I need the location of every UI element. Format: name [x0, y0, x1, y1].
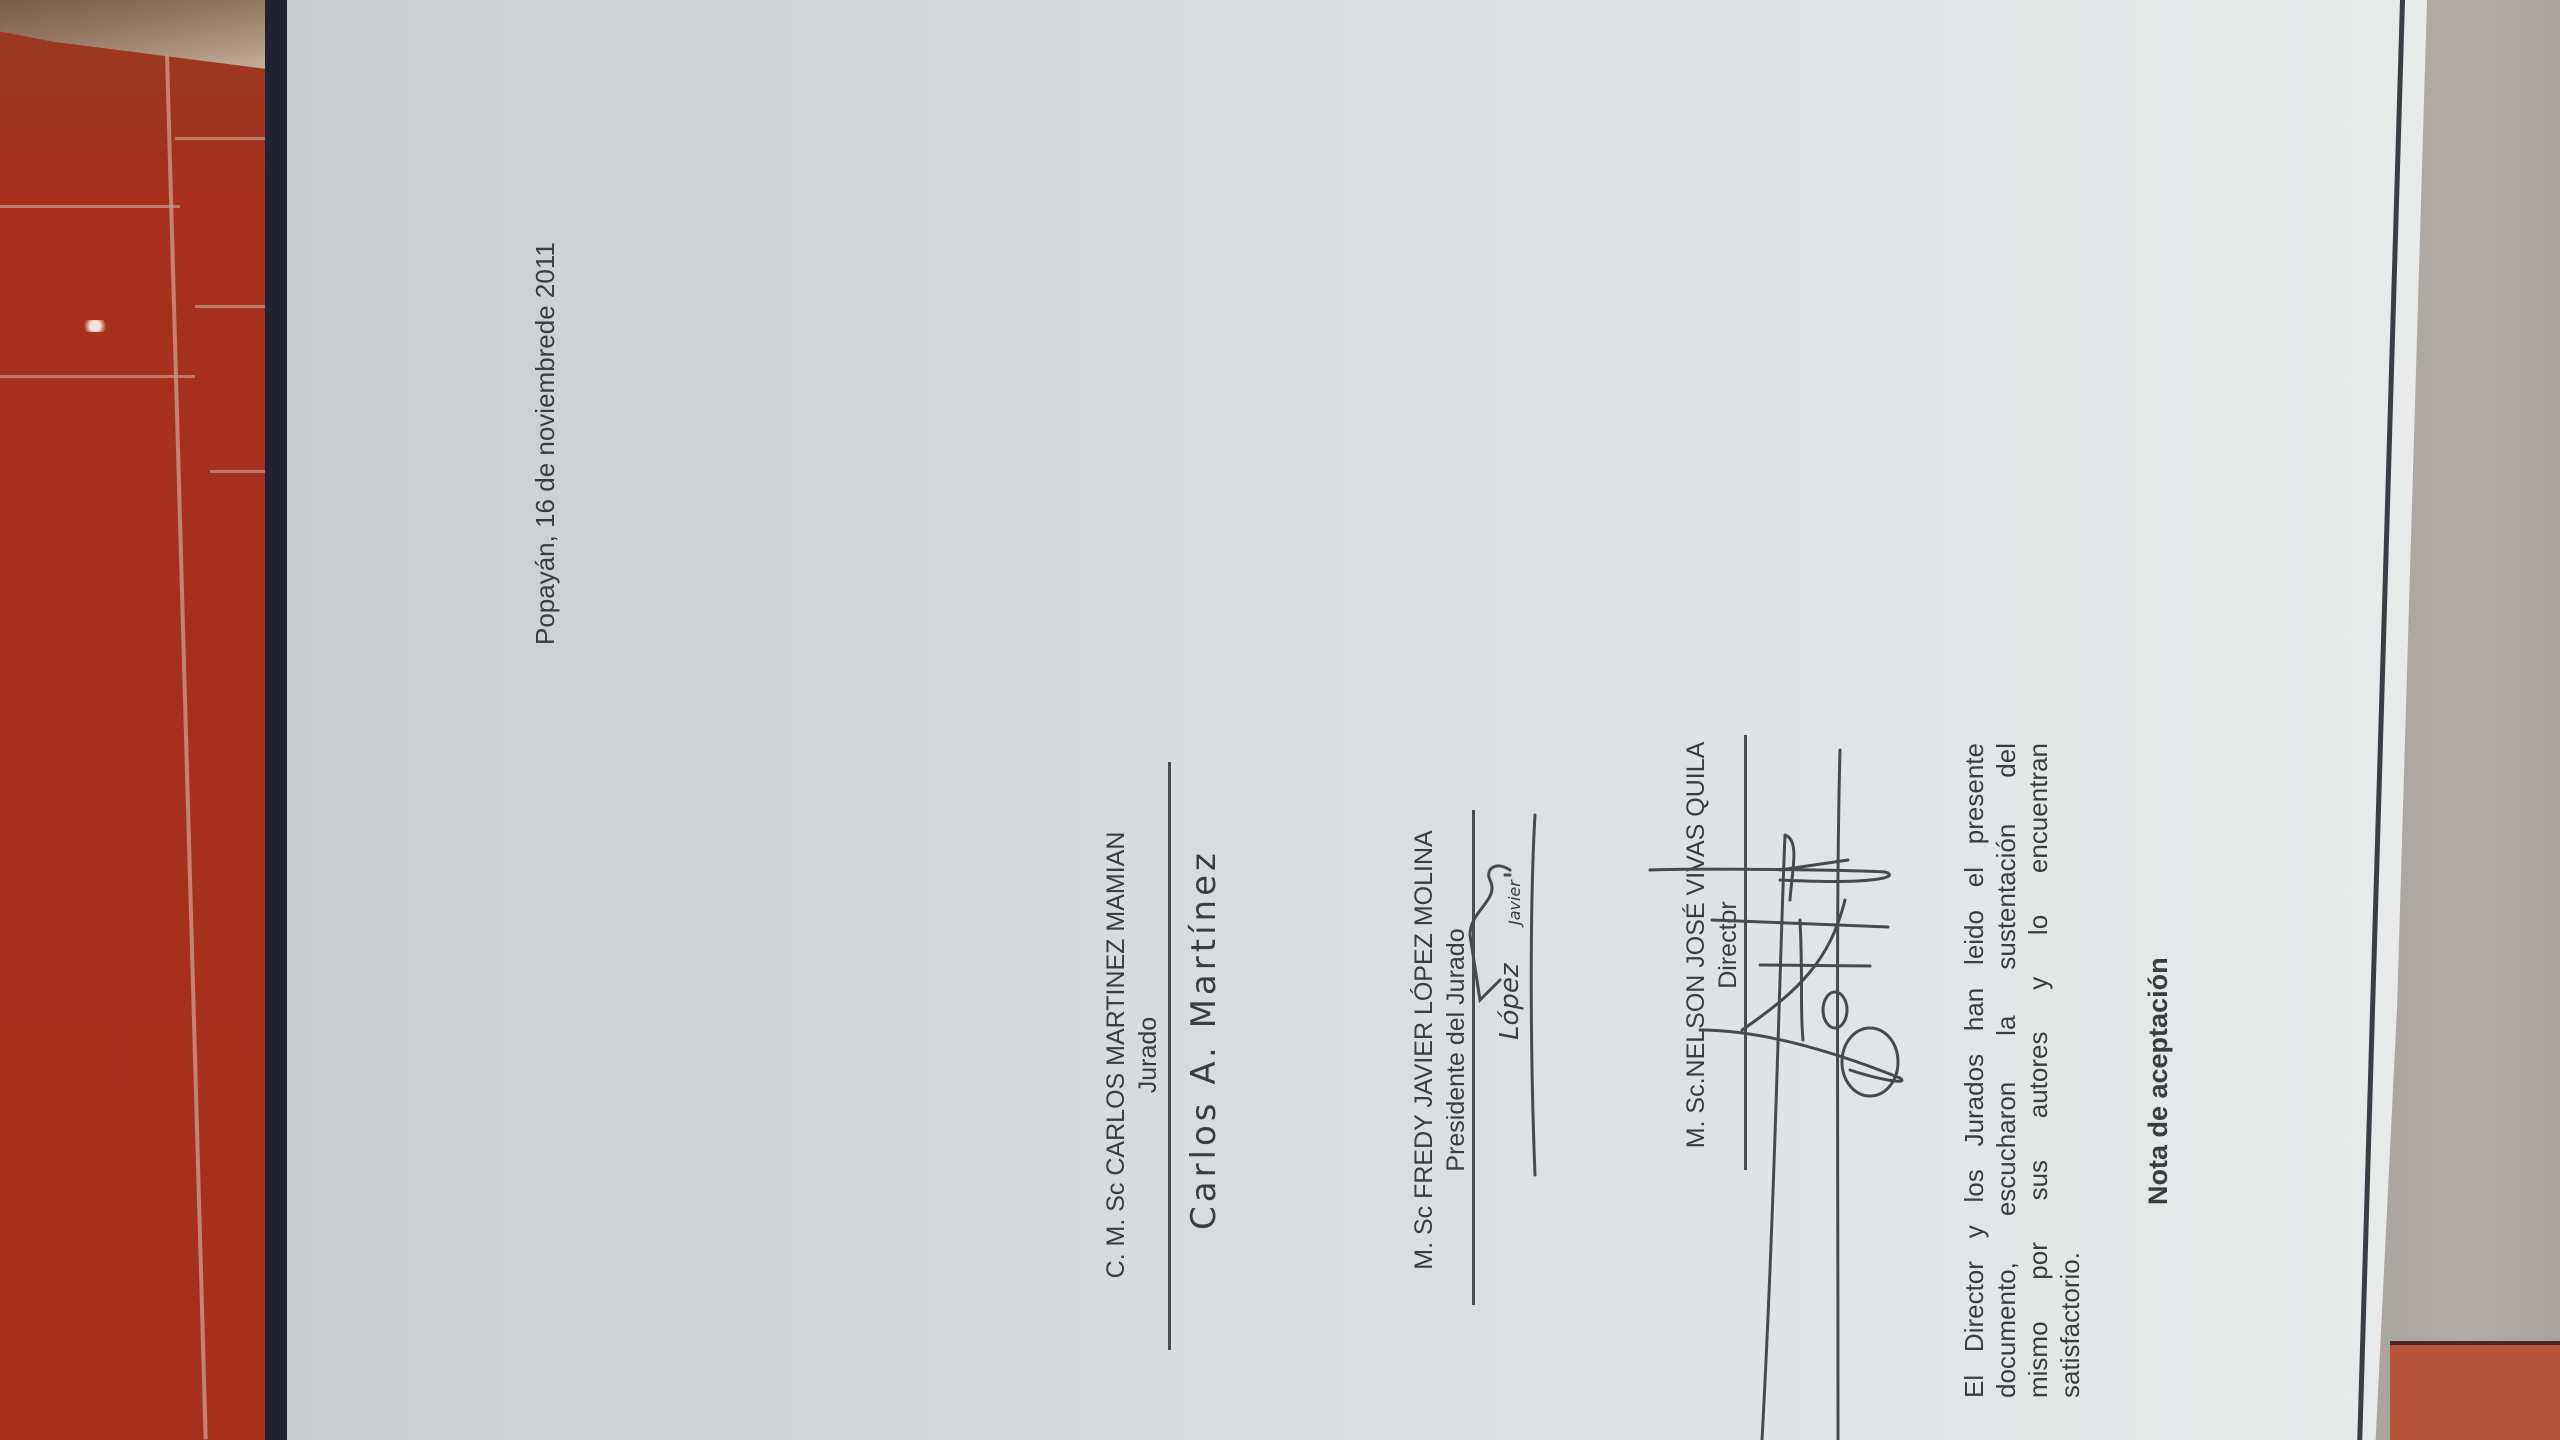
signatory-director: M. Sc.NELSON JOSÉ VIVAS QUILA Director	[1680, 710, 1744, 1180]
signatory-role: Jurado	[1132, 760, 1164, 1350]
signature-line-jurado	[1168, 762, 1171, 1350]
fabric-corner	[0, 0, 275, 70]
tile-grout	[175, 137, 270, 140]
tile-grout	[195, 305, 270, 308]
signatory-name: M. Sc FREDY JAVIER LÓPEZ MOLINA	[1408, 790, 1440, 1310]
signatory-jurado: C. M. Sc CARLOS MARTINEZ MAMIAN Jurado	[1100, 760, 1164, 1350]
paragraph-line: documento, escucharon la sustentación de…	[1990, 743, 2022, 1398]
red-tile-corner	[2390, 1341, 2560, 1440]
acceptance-paragraph: El Director y los Jurados han leido el p…	[1958, 743, 2086, 1398]
document-title: Nota de aceptación	[2143, 957, 2174, 1205]
paragraph-line: El Director y los Jurados han leido el p…	[1958, 743, 1990, 1398]
signatory-role: Presidente del Jurado	[1440, 790, 1472, 1310]
tile-grout	[165, 55, 208, 1440]
place-date: Popayán, 16 de noviembrede 2011	[530, 242, 561, 645]
tile-grout	[0, 375, 195, 378]
signatory-name: C. M. Sc CARLOS MARTINEZ MAMIAN	[1100, 760, 1132, 1350]
paragraph-line: satisfactorio.	[2054, 743, 2086, 1398]
signatory-role: Director	[1712, 710, 1744, 1180]
signatory-name: M. Sc.NELSON JOSÉ VIVAS QUILA	[1680, 710, 1712, 1180]
floor-stain	[80, 320, 110, 332]
signatory-president: M. Sc FREDY JAVIER LÓPEZ MOLINA Presiden…	[1408, 790, 1472, 1310]
paper-shadow-edge	[265, 0, 287, 1440]
red-tile-floor	[0, 0, 275, 1440]
tile-grout	[0, 205, 180, 208]
signature-line-president	[1472, 810, 1475, 1305]
tile-grout	[210, 470, 270, 473]
signature-line-director	[1744, 735, 1747, 1170]
document-page	[287, 0, 2427, 1440]
paragraph-line: mismo por sus autores y lo encuentran	[2022, 743, 2054, 1398]
